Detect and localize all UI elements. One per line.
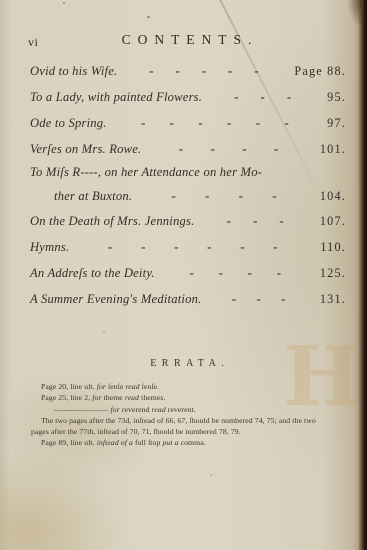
toc-entry: To a Lady, with painted Flowers.---95. [30,84,346,110]
toc-leader-dashes: --- [194,208,319,234]
toc-leader-dashes: --- [202,84,327,110]
errata-text-segment: put a [162,438,180,447]
toc-entry: To Miſs R----, on her Attendance on her … [30,162,346,183]
leader-dash: - [284,110,288,136]
errata-text-segment: for [97,382,108,391]
page-corner-shadow [348,0,362,26]
paper-speck [210,474,212,476]
leader-dash: - [256,286,260,312]
leader-dash: - [149,58,153,84]
toc-page-number: 107. [320,208,346,234]
page-edge-shadow [358,0,367,550]
toc-entry: Verſes on Mrs. Rowe.----101. [30,136,346,162]
toc-entry: On the Death of Mrs. Jennings.---107. [30,208,346,234]
paper-speck [147,16,150,18]
toc-entry-title: Verſes on Mrs. Rowe. [30,136,141,162]
leader-dash: - [287,84,291,110]
toc-leader-dashes: ------ [107,110,328,136]
toc-page-number: 104. [320,184,346,209]
paper-speck [103,331,105,333]
toc-page-number: 97. [327,110,346,136]
leader-dash: - [248,260,252,286]
errata-text-segment: Page 89, line ult. [41,438,97,447]
leader-dash: - [171,183,175,208]
leader-dash: - [254,58,258,84]
leader-dash: - [205,183,209,208]
errata-line: ——————— for reverend read reverent. [31,404,343,415]
errata-lines: Page 20, line ult. for ſenſe read ſenſe.… [31,381,343,449]
toc-page-number: 125. [320,260,346,286]
leader-dash: - [253,208,257,234]
contents-list: Ovid to his Wife.-----Page 88.To a Lady,… [30,58,346,312]
errata-text-segment: comma. [181,438,206,447]
toc-leader-dashes: ---- [132,183,320,208]
toc-page-number: 101. [320,136,346,162]
errata-text-segment: ſenſe. [142,382,159,391]
leader-dash: - [175,58,179,84]
leader-dash: - [232,286,236,312]
page-title: CONTENTS. [28,32,345,48]
toc-page-number: 110. [320,234,346,260]
leader-dash: - [273,234,277,260]
errata-text-segment: read [125,382,141,391]
errata-section: ERRATA. Page 20, line ult. for ſenſe rea… [31,358,343,449]
toc-leader-dashes: ---- [155,260,320,286]
toc-page-number: 95. [327,84,346,110]
leader-dash: - [211,136,215,162]
leader-dash: - [141,110,145,136]
leader-dash: - [274,136,278,162]
errata-text-segment: read [125,393,141,402]
leader-dash: - [174,234,178,260]
errata-line: Page 25, line 2, for theme read themes. [31,392,343,403]
errata-text-segment: for [92,393,103,402]
toc-entry-title: ther at Buxton. [30,184,132,209]
scanned-book-page: H vi CONTENTS. Ovid to his Wife.-----Pag… [0,0,367,550]
leader-dash: - [190,260,194,286]
leader-dash: - [228,58,232,84]
errata-line: Page 20, line ult. for ſenſe read ſenſe. [31,381,343,392]
errata-text-segment: read [152,405,168,414]
errata-line: Page 89, line ult. inſtead of a full ſto… [31,437,343,448]
leader-dash: - [227,208,231,234]
toc-entry-title: Ode to Spring. [30,110,107,136]
errata-line: pages after the 77th, inſtead of 70, 71,… [31,426,343,437]
toc-leader-dashes: ------ [69,234,320,260]
toc-entry-title: Hymns. [30,234,69,260]
errata-text-segment: reverent. [168,405,196,414]
errata-text-segment: ——————— [54,405,111,414]
leader-dash: - [179,136,183,162]
leader-dash: - [141,234,145,260]
errata-line: The two pages after the 73d, inſtead of … [31,415,343,426]
toc-leader-dashes: --- [201,286,319,312]
errata-text-segment: theme [104,393,125,402]
leader-dash: - [170,110,174,136]
toc-entry: A Summer Evening's Meditation.---131. [30,286,346,312]
errata-heading: ERRATA. [31,358,343,369]
errata-text-segment: The two pages after the 73d, inſtead of … [41,416,316,425]
toc-leader-dashes: ---- [141,136,319,162]
errata-text-segment: full ſtop [135,438,162,447]
leader-dash: - [242,136,246,162]
leader-dash: - [260,84,264,110]
toc-entry-title: Ovid to his Wife. [30,58,117,84]
page-header: vi CONTENTS. [28,32,345,50]
toc-entry-title: A Summer Evening's Meditation. [30,286,201,312]
leader-dash: - [207,234,211,260]
toc-entry-title: To a Lady, with painted Flowers. [30,84,202,110]
toc-entry-title: To Miſs R----, on her Attendance on her … [30,162,262,183]
paper-speck [63,2,65,4]
leader-dash: - [272,183,276,208]
leader-dash: - [219,260,223,286]
leader-dash: - [202,58,206,84]
toc-entry: An Addreſs to the Deity.----125. [30,260,346,286]
toc-entry: Ovid to his Wife.-----Page 88. [30,58,346,84]
toc-page-number: 131. [320,286,346,312]
leader-dash: - [281,286,285,312]
errata-text-segment: themes. [141,393,165,402]
leader-dash: - [256,110,260,136]
toc-entry-title: An Addreſs to the Deity. [30,260,155,286]
leader-dash: - [279,208,283,234]
errata-text-segment: ſenſe [108,382,125,391]
toc-entry: Ode to Spring.------97. [30,110,346,136]
toc-leader-dashes: ----- [117,58,294,84]
toc-entry: ther at Buxton.----104. [30,183,346,208]
leader-dash: - [277,260,281,286]
leader-dash: - [227,110,231,136]
leader-dash: - [108,234,112,260]
leader-dash: - [239,183,243,208]
errata-text-segment: reverend [122,405,152,414]
errata-text-segment: Page 20, line ult. [41,382,97,391]
errata-text-segment: Page 25, line 2, [41,393,92,402]
errata-text-segment: for [111,405,122,414]
leader-dash: - [240,234,244,260]
toc-entry: Hymns.------110. [30,234,346,260]
leader-dash: - [234,84,238,110]
toc-entry-title: On the Death of Mrs. Jennings. [30,208,194,234]
errata-text-segment: inſtead of a [97,438,135,447]
toc-page-number: Page 88. [294,58,346,84]
errata-text-segment: pages after the 77th, inſtead of 70, 71,… [31,427,241,436]
folio-number: vi [28,35,38,50]
leader-dash: - [198,110,202,136]
